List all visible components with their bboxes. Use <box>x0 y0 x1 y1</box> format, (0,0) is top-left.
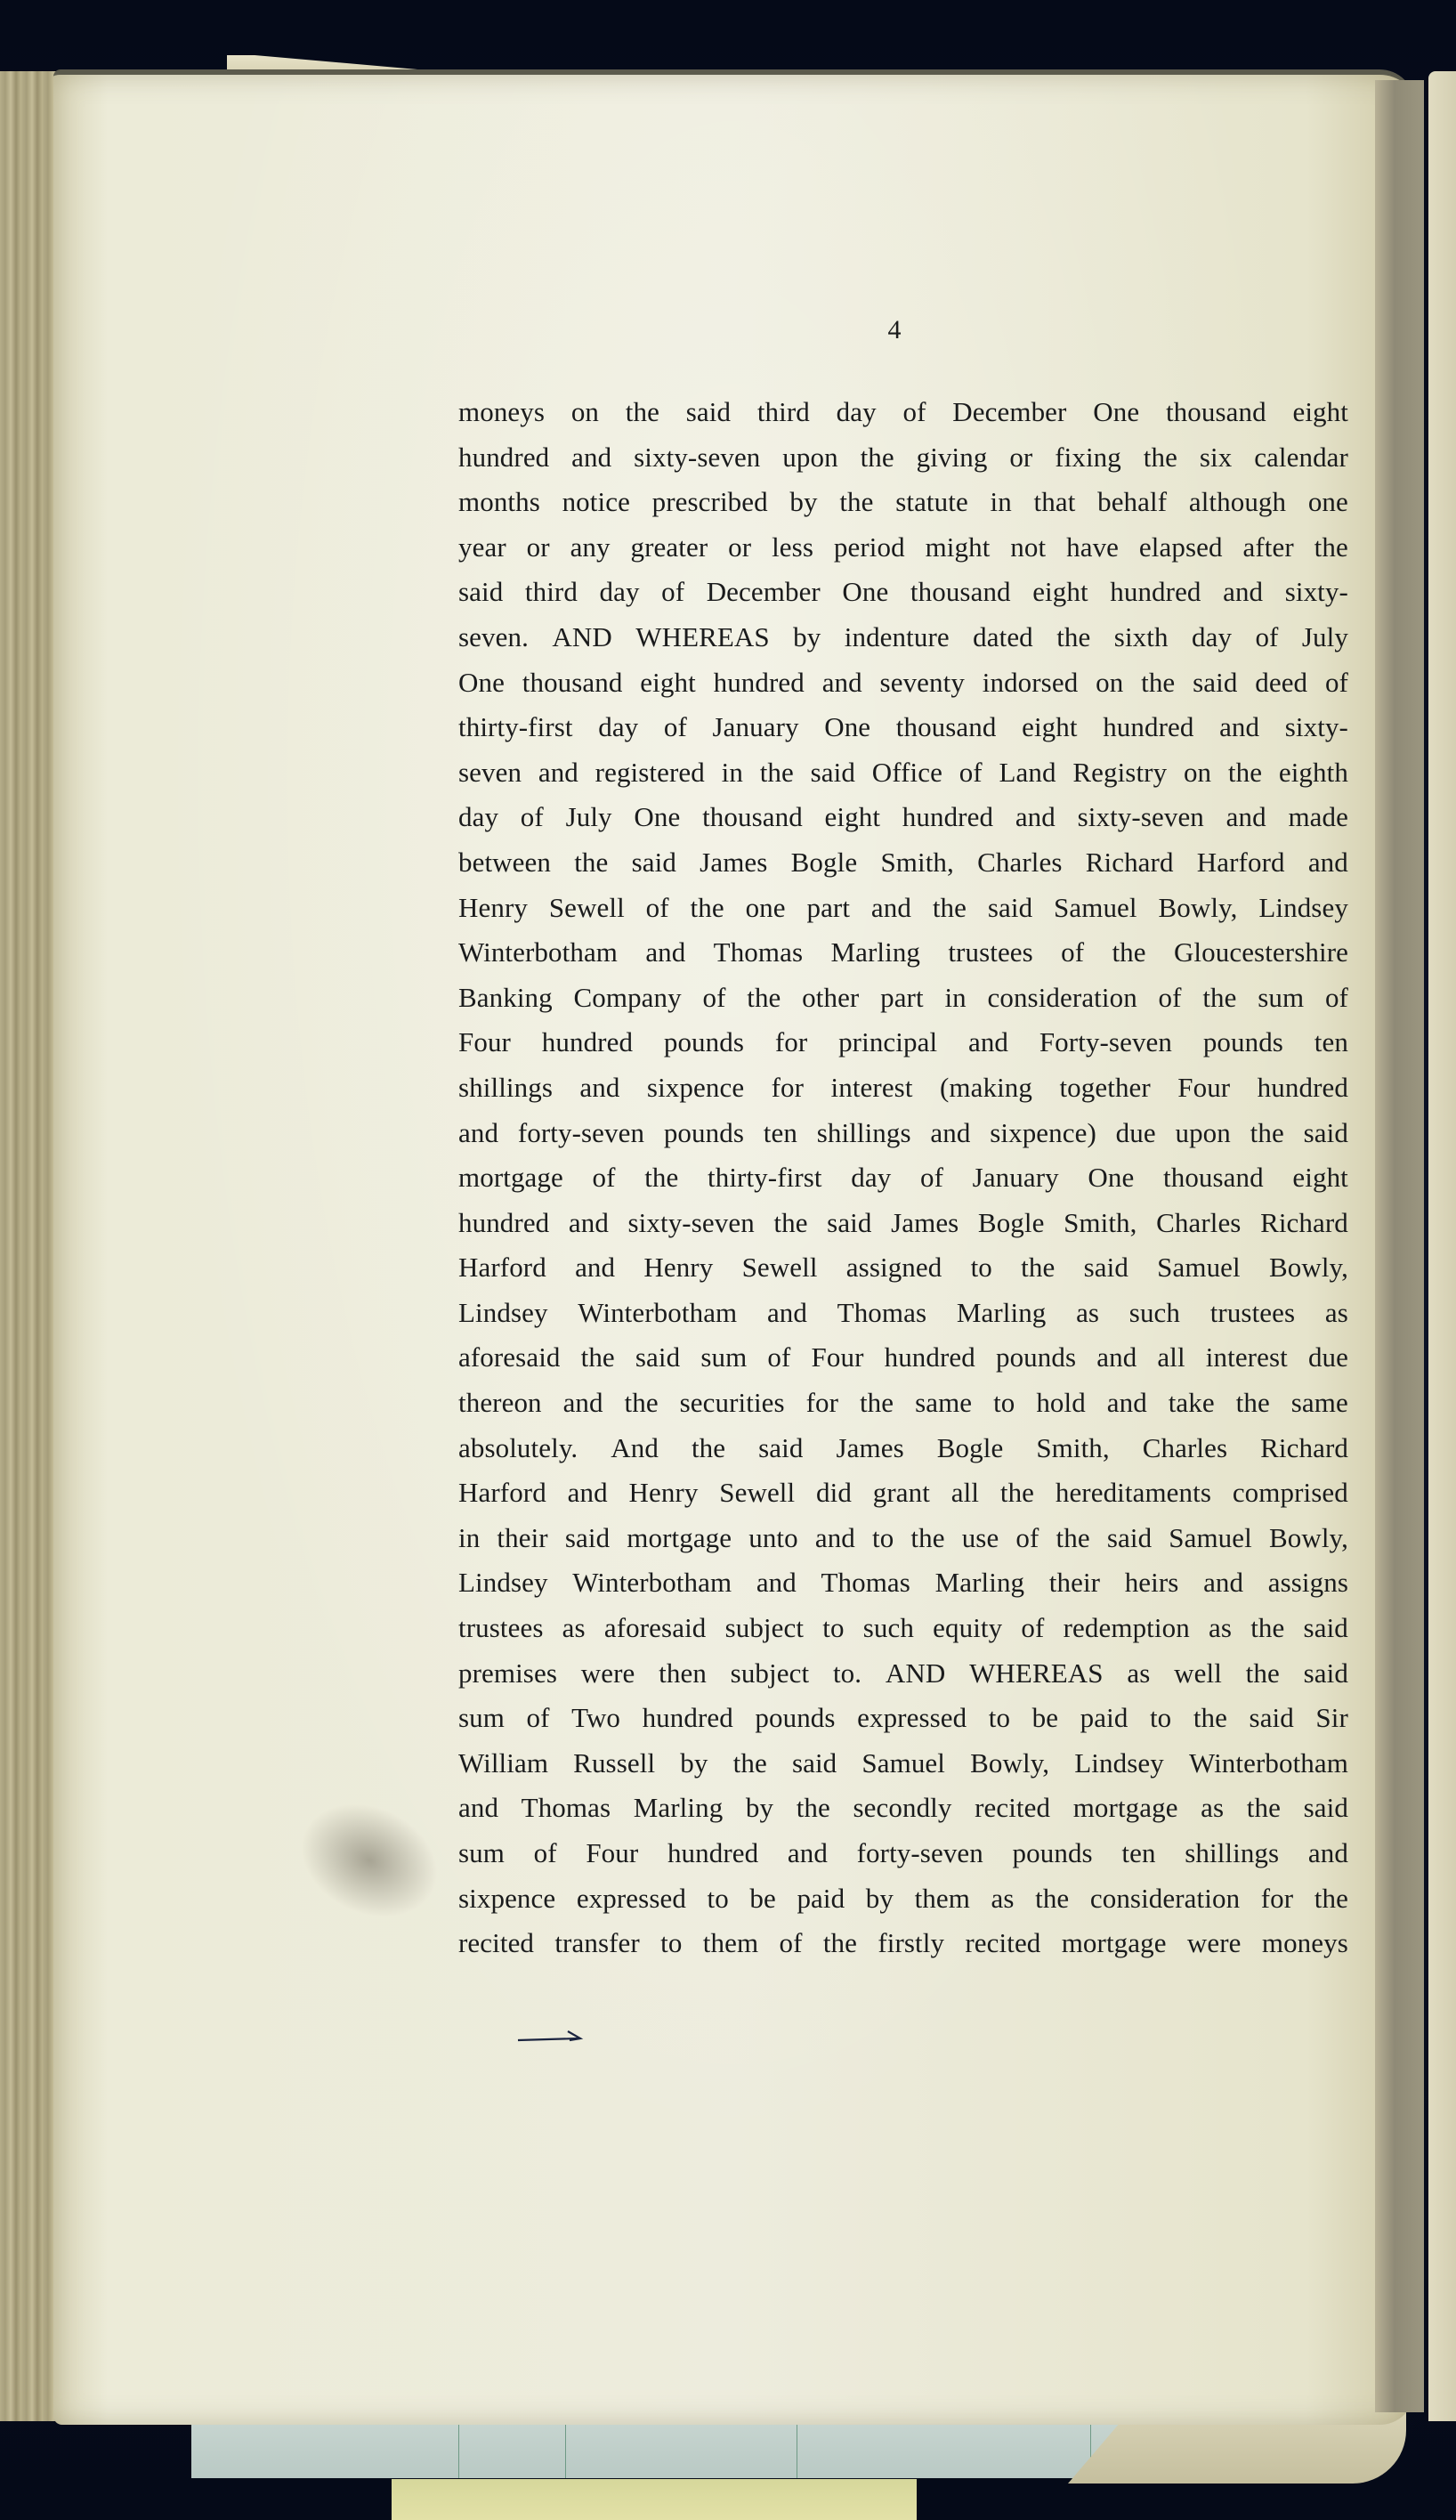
text-line: thirty-firstdayofJanuaryOnethousandeight… <box>458 705 1348 750</box>
text-line: absolutely.AndthesaidJamesBogleSmith,Cha… <box>458 1426 1348 1471</box>
slip-rule <box>565 2425 566 2478</box>
pencil-arrow-icon <box>516 2028 587 2046</box>
slip-rule <box>797 2425 797 2478</box>
text-line: recitedtransfertothemofthefirstlyrecited… <box>458 1921 1348 1966</box>
text-line: WilliamRussellbythesaidSamuelBowly,Linds… <box>458 1741 1348 1787</box>
text-line: LindseyWinterbothamandThomasMarlingassuc… <box>458 1291 1348 1336</box>
page-gutter-shadow <box>1375 80 1424 2412</box>
text-line: trusteesasaforesaidsubjecttosuchequityof… <box>458 1606 1348 1651</box>
text-line: seven.ANDWHEREASbyindenturedatedthesixth… <box>458 615 1348 660</box>
text-line: sevenandregisteredinthesaidOfficeofLandR… <box>458 750 1348 796</box>
page-number: 4 <box>881 315 908 345</box>
text-line: andThomasMarlingbythesecondlyrecitedmort… <box>458 1786 1348 1831</box>
text-line: LindseyWinterbothamandThomasMarlingtheir… <box>458 1560 1348 1606</box>
text-line: hundredandsixty-sevenuponthegivingorfixi… <box>458 435 1348 481</box>
text-line: Onethousandeighthundredandseventyindorse… <box>458 660 1348 706</box>
text-line: hundredandsixty-seventhesaidJamesBogleSm… <box>458 1201 1348 1246</box>
text-line: WinterbothamandThomasMarlingtrusteesofth… <box>458 930 1348 976</box>
text-line: thereonandthesecuritiesforthesametoholda… <box>458 1381 1348 1426</box>
text-line: HenrySewelloftheonepartandthesaidSamuelB… <box>458 886 1348 931</box>
text-line: BankingCompanyoftheotherpartinconsiderat… <box>458 976 1348 1021</box>
body-text: moneysonthesaidthirddayofDecemberOnethou… <box>458 390 1348 1966</box>
text-line: shillingsandsixpenceforinterest(makingto… <box>458 1066 1348 1111</box>
text-line: aforesaidthesaidsumofFourhundredpoundsan… <box>458 1335 1348 1381</box>
text-line: sumofFourhundredandforty-sevenpoundstens… <box>458 1831 1348 1876</box>
text-line: sumofTwohundredpoundsexpressedtobepaidto… <box>458 1696 1348 1741</box>
text-line: saidthirddayofDecemberOnethousandeighthu… <box>458 570 1348 615</box>
text-line: premiseswerethensubjectto.ANDWHEREASaswe… <box>458 1651 1348 1697</box>
text-line: yearoranygreaterorlessperiodmightnothave… <box>458 525 1348 571</box>
text-line: betweenthesaidJamesBogleSmith,CharlesRic… <box>458 840 1348 886</box>
text-line: sixpenceexpressedtobepaidbythemasthecons… <box>458 1876 1348 1922</box>
text-line: FourhundredpoundsforprincipalandForty-se… <box>458 1020 1348 1066</box>
text-line: HarfordandHenrySewelldidgrantallthehered… <box>458 1471 1348 1516</box>
next-page-edge <box>1428 71 1456 2421</box>
slip-rule <box>458 2425 459 2478</box>
text-line: moneysonthesaidthirddayofDecemberOnethou… <box>458 390 1348 435</box>
text-line: dayofJulyOnethousandeighthundredandsixty… <box>458 795 1348 840</box>
underlying-sheet <box>392 2479 917 2520</box>
text-line: HarfordandHenrySewellassignedtothesaidSa… <box>458 1245 1348 1291</box>
text-line: mortgageofthethirty-firstdayofJanuaryOne… <box>458 1155 1348 1201</box>
text-line: intheirsaidmortgageuntoandtotheuseofthes… <box>458 1516 1348 1561</box>
text-line: andforty-sevenpoundstenshillingsandsixpe… <box>458 1111 1348 1156</box>
text-line: monthsnoticeprescribedbythestatuteinthat… <box>458 480 1348 525</box>
